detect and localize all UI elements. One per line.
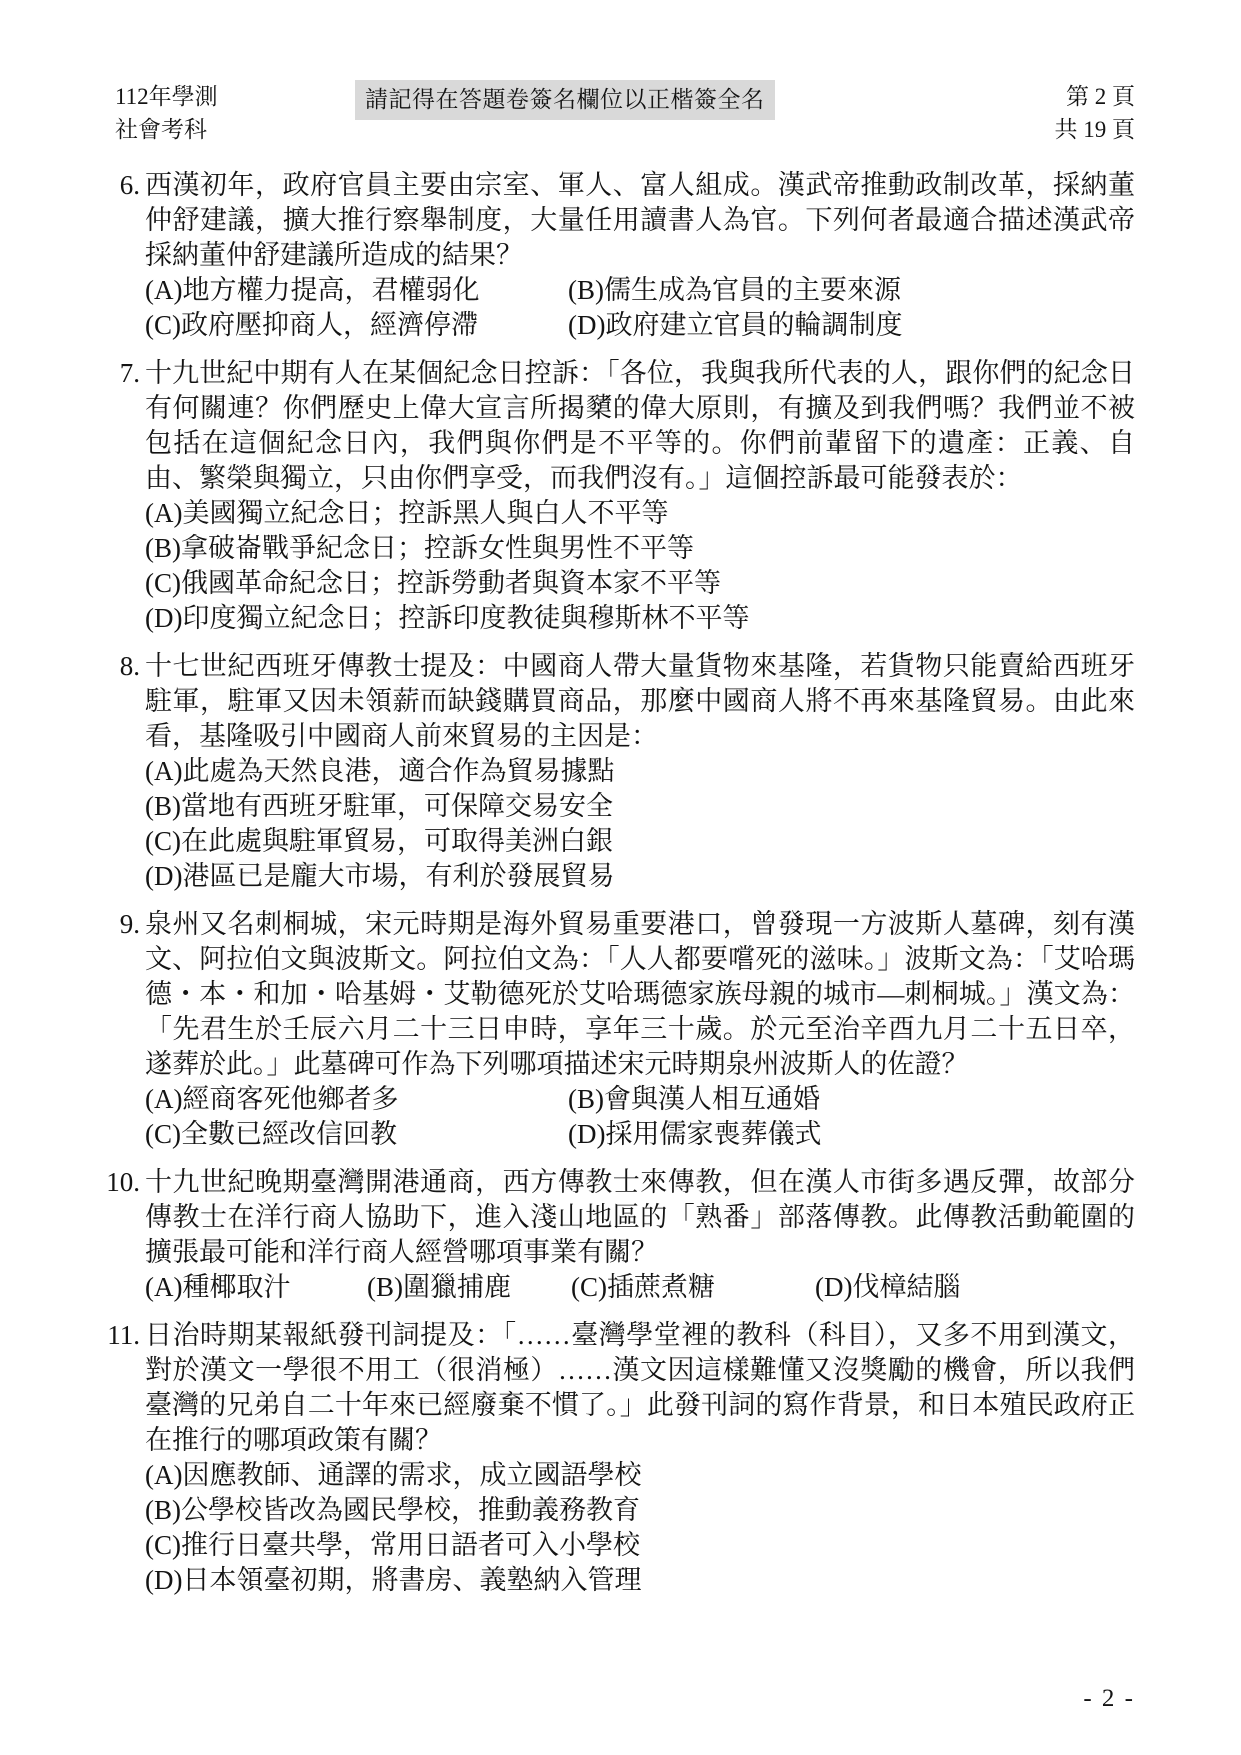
option-a: (A)因應教師、通譯的需求，成立國語學校 (145, 1458, 1135, 1493)
question-number: 7. (100, 356, 140, 391)
option-a: (A)此處為天然良港，適合作為貿易據點 (145, 754, 1135, 789)
option-d: (D)港區已是龐大市場，有利於發展貿易 (145, 859, 1135, 894)
exam-subject: 社會考科 (115, 113, 218, 146)
question-options: (A)美國獨立紀念日；控訴黑人與白人不平等 (B)拿破崙戰爭紀念日；控訴女性與男… (145, 496, 1135, 636)
option-c: (C)推行日臺共學，常用日語者可入小學校 (145, 1528, 1135, 1563)
option-c: (C)俄國革命紀念日；控訴勞動者與資本家不平等 (145, 566, 1135, 601)
option-b: (B)會與漢人相互通婚 (568, 1082, 1135, 1117)
option-d: (D)政府建立官員的輪調制度 (568, 308, 1135, 343)
question-body: 泉州又名刺桐城，宋元時期是海外貿易重要港口，曾發現一方波斯人墓碑，刻有漢文、阿拉… (145, 907, 1135, 1082)
exam-page: 112年學測 社會考科 請記得在答題卷簽名欄位以正楷簽全名 第 2 頁 共 19… (0, 0, 1241, 1755)
question-options: (A)種椰取汁 (B)圍獵捕鹿 (C)插蔗煮糖 (D)伐樟結腦 (145, 1270, 1135, 1305)
questions-area: 6. 西漢初年，政府官員主要由宗室、軍人、富人組成。漢武帝推動政制改革，採納董仲… (100, 168, 1135, 1611)
question-11: 11. 日治時期某報紙發刊詞提及：「……臺灣學堂裡的教科（科目），又多不用到漢文… (100, 1318, 1135, 1598)
option-b: (B)公學校皆改為國民學校，推動義務教育 (145, 1493, 1135, 1528)
question-number: 9. (100, 907, 140, 942)
option-b: (B)儒生成為官員的主要來源 (568, 273, 1135, 308)
option-d: (D)印度獨立紀念日；控訴印度教徒與穆斯林不平等 (145, 601, 1135, 636)
question-10: 10. 十九世紀晚期臺灣開港通商，西方傳教士來傳教，但在漢人市街多遇反彈，故部分… (100, 1165, 1135, 1305)
option-a: (A)經商客死他鄉者多 (145, 1082, 568, 1117)
page-number-label: 第 2 頁 (1055, 80, 1136, 113)
total-pages-label: 共 19 頁 (1055, 113, 1136, 146)
page-footer: - 2 - (1083, 1685, 1135, 1713)
option-a: (A)種椰取汁 (145, 1270, 367, 1305)
option-c: (C)在此處與駐軍貿易，可取得美洲白銀 (145, 824, 1135, 859)
option-b: (B)圍獵捕鹿 (367, 1270, 571, 1305)
question-options: (A)經商客死他鄉者多 (B)會與漢人相互通婚 (C)全數已經改信回教 (D)採… (145, 1082, 1135, 1152)
option-a: (A)地方權力提高，君權弱化 (145, 273, 568, 308)
question-body: 日治時期某報紙發刊詞提及：「……臺灣學堂裡的教科（科目），又多不用到漢文，對於漢… (145, 1318, 1135, 1458)
question-options: (A)因應教師、通譯的需求，成立國語學校 (B)公學校皆改為國民學校，推動義務教… (145, 1458, 1135, 1598)
option-c: (C)插蔗煮糖 (571, 1270, 815, 1305)
question-number: 8. (100, 649, 140, 684)
option-b: (B)拿破崙戰爭紀念日；控訴女性與男性不平等 (145, 531, 1135, 566)
option-d: (D)採用儒家喪葬儀式 (568, 1117, 1135, 1152)
question-6: 6. 西漢初年，政府官員主要由宗室、軍人、富人組成。漢武帝推動政制改革，採納董仲… (100, 168, 1135, 343)
option-c: (C)全數已經改信回教 (145, 1117, 568, 1152)
option-a: (A)美國獨立紀念日；控訴黑人與白人不平等 (145, 496, 1135, 531)
option-b: (B)當地有西班牙駐軍，可保障交易安全 (145, 789, 1135, 824)
question-body: 十七世紀西班牙傳教士提及：中國商人帶大量貨物來基隆，若貨物只能賣給西班牙駐軍，駐… (145, 649, 1135, 754)
question-body: 十九世紀中期有人在某個紀念日控訴：「各位，我與我所代表的人，跟你們的紀念日有何關… (145, 356, 1135, 496)
option-d: (D)日本領臺初期，將書房、義塾納入管理 (145, 1563, 1135, 1598)
exam-title: 112年學測 (115, 80, 218, 113)
question-body: 十九世紀晚期臺灣開港通商，西方傳教士來傳教，但在漢人市街多遇反彈，故部分傳教士在… (145, 1165, 1135, 1270)
question-9: 9. 泉州又名刺桐城，宋元時期是海外貿易重要港口，曾發現一方波斯人墓碑，刻有漢文… (100, 907, 1135, 1152)
question-number: 11. (100, 1318, 140, 1353)
question-number: 10. (100, 1165, 140, 1200)
question-8: 8. 十七世紀西班牙傳教士提及：中國商人帶大量貨物來基隆，若貨物只能賣給西班牙駐… (100, 649, 1135, 894)
page-header: 112年學測 社會考科 請記得在答題卷簽名欄位以正楷簽全名 第 2 頁 共 19… (100, 80, 1135, 160)
question-options: (A)地方權力提高，君權弱化 (B)儒生成為官員的主要來源 (C)政府壓抑商人，… (145, 273, 1135, 343)
question-options: (A)此處為天然良港，適合作為貿易據點 (B)當地有西班牙駐軍，可保障交易安全 … (145, 754, 1135, 894)
question-body: 西漢初年，政府官員主要由宗室、軍人、富人組成。漢武帝推動政制改革，採納董仲舒建議… (145, 168, 1135, 273)
question-number: 6. (100, 168, 140, 203)
signing-notice: 請記得在答題卷簽名欄位以正楷簽全名 (355, 80, 775, 120)
option-d: (D)伐樟結腦 (815, 1270, 1135, 1305)
question-7: 7. 十九世紀中期有人在某個紀念日控訴：「各位，我與我所代表的人，跟你們的紀念日… (100, 356, 1135, 636)
exam-title-block: 112年學測 社會考科 (115, 80, 218, 146)
page-number-block: 第 2 頁 共 19 頁 (1055, 80, 1136, 146)
option-c: (C)政府壓抑商人，經濟停滯 (145, 308, 568, 343)
